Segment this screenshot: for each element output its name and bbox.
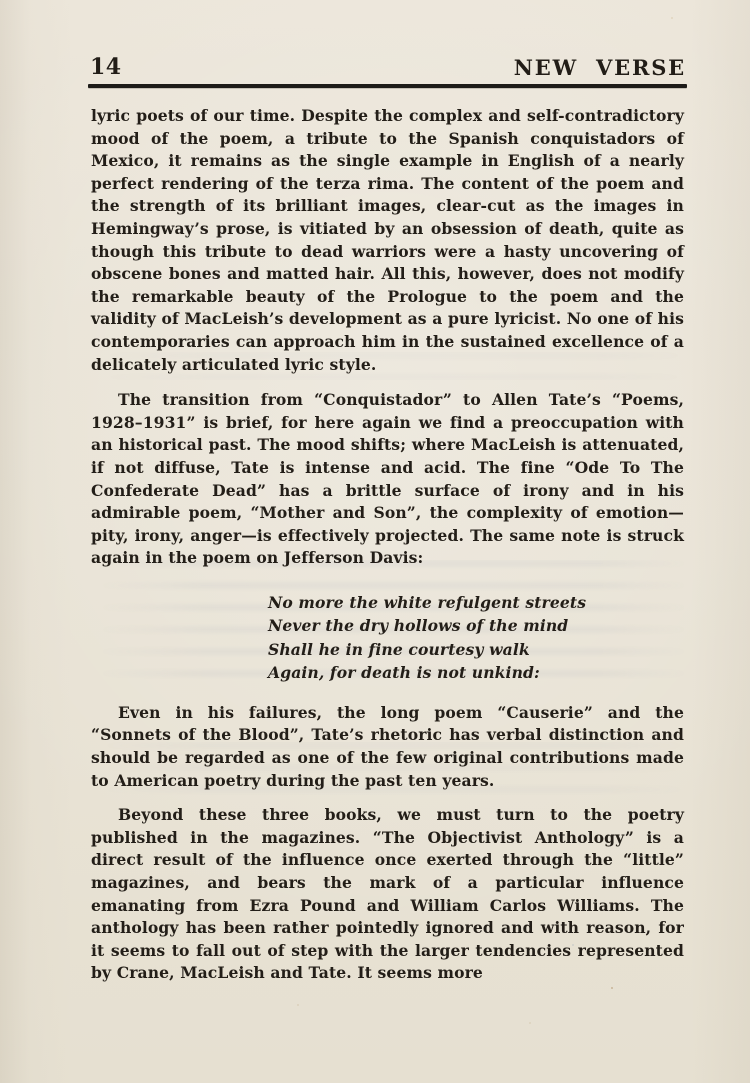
verse-line: No more the white refulgent streets <box>268 591 684 615</box>
page-body: lyric poets of our time. Despite the com… <box>91 88 684 985</box>
verse-line: Shall he in fine courtesy walk <box>268 638 684 662</box>
running-title: NEW VERSE <box>514 55 686 80</box>
running-head: 14 NEW VERSE <box>90 54 686 80</box>
scanned-book-page: 14 NEW VERSE lyric poets of our time. De… <box>0 0 750 1083</box>
paragraph-objectivist: Beyond these three books, we must turn t… <box>91 804 684 985</box>
verse-line: Never the dry hollows of the mind <box>268 614 684 638</box>
verse-quotation: No more the white refulgent streets Neve… <box>268 591 684 685</box>
paragraph-tate-failures: Even in his failures, the long poem “Cau… <box>91 702 684 792</box>
verse-line: Again, for death is not unkind: <box>268 661 684 685</box>
paragraph-tate-transition: The transition from “Conquistador” to Al… <box>91 389 684 570</box>
page-number: 14 <box>90 54 122 80</box>
paragraph-macleish: lyric poets of our time. Despite the com… <box>91 105 684 376</box>
